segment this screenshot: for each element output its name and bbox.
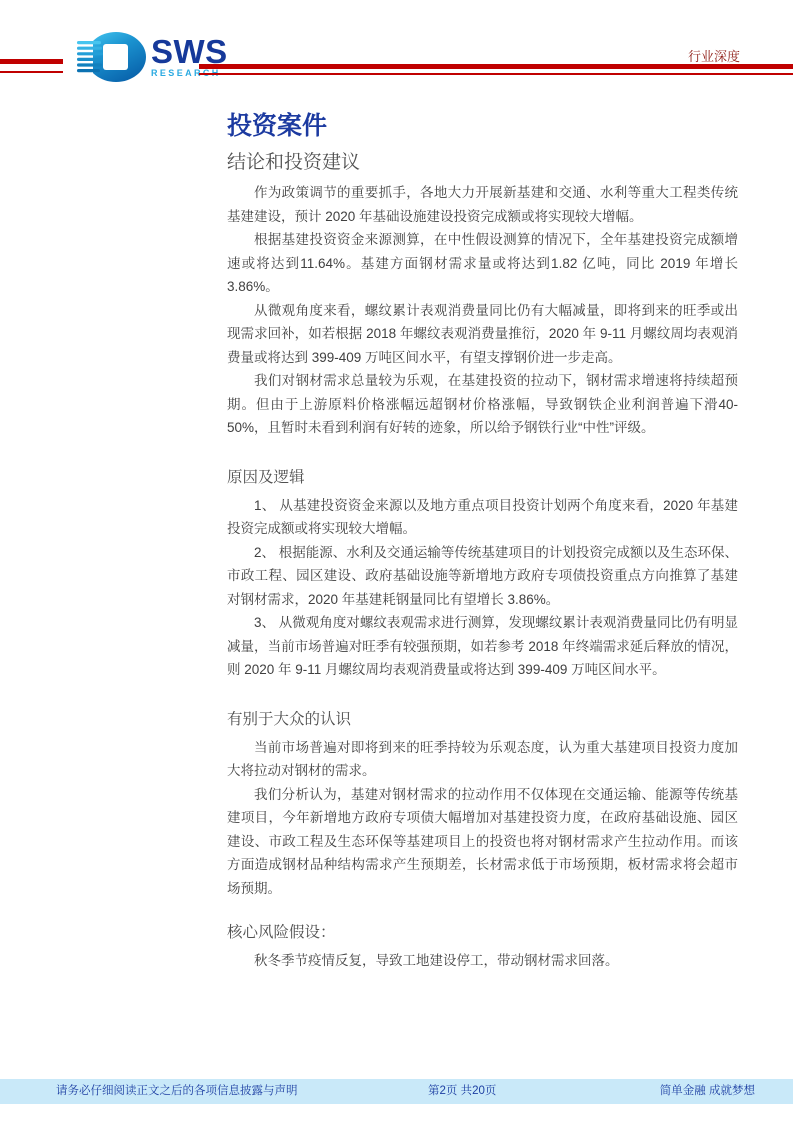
paragraph: 根据基建投资资金来源测算，在中性假设测算的情况下，全年基建投资完成额增速或将达到… <box>227 228 738 299</box>
report-page: SWS RESEARCH 行业深度 投资案件 结论和投资建议 作为政策调节的重要… <box>0 0 793 1122</box>
sws-globe-icon <box>76 31 146 83</box>
footer-bar: 请务必仔细阅读正文之后的各项信息披露与声明 第2页 共20页 简单金融 成就梦想 <box>0 1079 793 1104</box>
section-heading-different-view: 有别于大众的认识 <box>227 709 738 731</box>
header-rule-right-thick <box>199 64 793 69</box>
list-item: 1、 从基建投资资金来源以及地方重点项目投资计划两个角度来看，2020 年基建投… <box>227 494 738 541</box>
header-rule-left-thin <box>0 71 63 74</box>
footer-slogan: 简单金融 成就梦想 <box>660 1079 755 1104</box>
section-heading-conclusion: 结论和投资建议 <box>227 150 738 175</box>
logo-wordmark: SWS <box>151 37 228 67</box>
footer-page-number: 第2页 共20页 <box>428 1079 496 1104</box>
header-rule-left-thick <box>0 59 63 64</box>
footer-disclaimer: 请务必仔细阅读正文之后的各项信息披露与声明 <box>56 1079 298 1104</box>
paragraph: 秋冬季节疫情反复，导致工地建设停工，带动钢材需求回落。 <box>227 949 738 973</box>
list-item: 3、 从微观角度对螺纹表观需求进行测算，发现螺纹累计表观消费量同比仍有明显减量，… <box>227 611 738 682</box>
paragraph: 作为政策调节的重要抓手，各地大力开展新基建和交通、水利等重大工程类传统基建建设，… <box>227 181 738 228</box>
logo-text: SWS RESEARCH <box>151 37 228 78</box>
paragraph: 我们对钢材需求总量较为乐观，在基建投资的拉动下，钢材需求增速将持续超预期。但由于… <box>227 369 738 440</box>
report-body: 投资案件 结论和投资建议 作为政策调节的重要抓手，各地大力开展新基建和交通、水利… <box>227 110 738 973</box>
header-rule-right-thin <box>199 73 793 76</box>
paragraph: 从微观角度来看，螺纹累计表观消费量同比仍有大幅减量，即将到来的旺季或出现需求回补… <box>227 299 738 370</box>
section-heading-risk: 核心风险假设： <box>227 922 738 944</box>
paragraph: 当前市场普遍对即将到来的旺季持较为乐观态度，认为重大基建项目投资力度加大将拉动对… <box>227 736 738 783</box>
page-title: 投资案件 <box>227 110 738 142</box>
report-type-label: 行业深度 <box>688 46 740 65</box>
section-heading-logic: 原因及逻辑 <box>227 467 738 489</box>
list-item: 2、 根据能源、水利及交通运输等传统基建项目的计划投资完成额以及生态环保、市政工… <box>227 541 738 612</box>
paragraph: 我们分析认为，基建对钢材需求的拉动作用不仅体现在交通运输、能源等传统基建项目，今… <box>227 783 738 901</box>
